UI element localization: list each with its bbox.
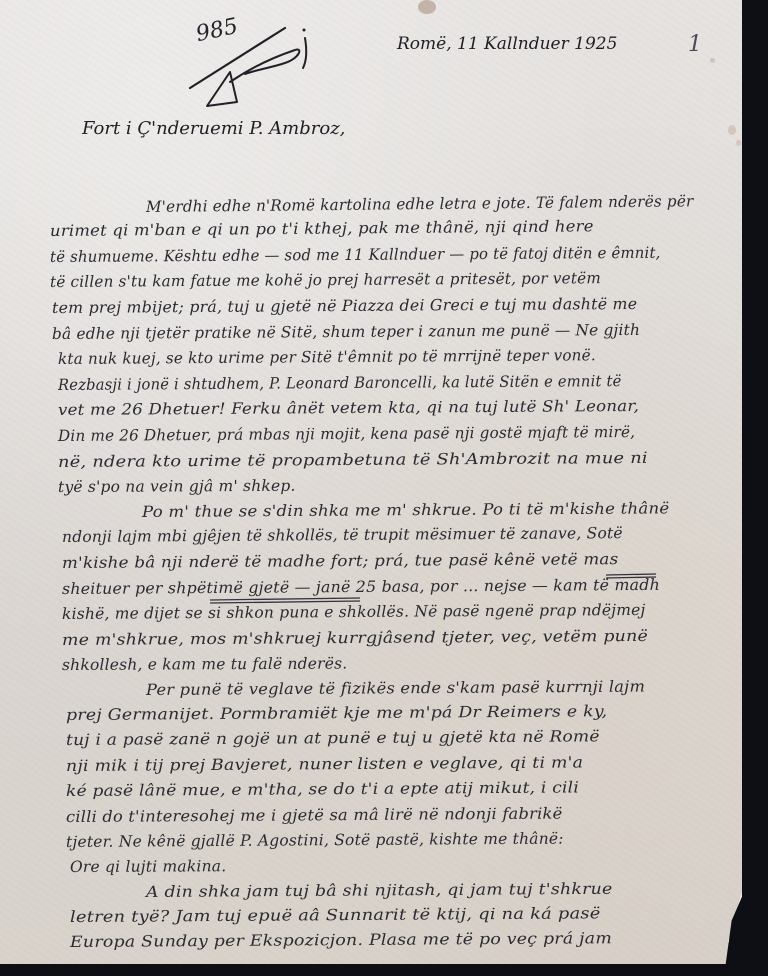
letter-line: M'erdhi edhe n'Romë kartolina edhe letra…: [146, 192, 694, 216]
letter-line-text: m'kishe bâ nji nderë të madhe fort; prá,…: [62, 550, 619, 572]
paper-stain: [728, 125, 736, 135]
paper-stain: [710, 58, 715, 63]
paper-stain: [418, 0, 436, 14]
letter-line: Europa Sunday per Ekspozicjon. Plasa me …: [70, 929, 612, 951]
paper-curl: [722, 892, 742, 952]
letter-line: vet me 26 Dhetuer! Ferku ânët vetem kta,…: [58, 397, 639, 419]
letter-line: në, ndera kto urime të propambetuna të S…: [58, 449, 648, 471]
letter-line: shkollesh, e kam me tu falë nderës.: [62, 655, 348, 674]
letter-line: m'kishe bâ nji nderë të madhe fort; prá,…: [62, 550, 619, 572]
letter-line: Rezbasji i jonë i shtudhem, P. Leonard B…: [58, 372, 622, 394]
document-frame: 985 Romë, 11 Kallnduer 1925 1 Fort i Ç'n…: [0, 0, 768, 976]
letter-line: ké pasë lânë mue, e m'tha, se do t'i a e…: [66, 778, 579, 800]
letter-line: bâ edhe nji tjetër pratike në Sitë, shum…: [52, 321, 640, 343]
letter-line: tyë s'po na vein gjâ m' shkep.: [58, 477, 296, 496]
letter-line: kta nuk kuej, se kto urime per Sitë t'êm…: [58, 346, 596, 368]
letter-line: prej Germanijet. Pormbramiët kje me m'pá…: [66, 702, 607, 724]
letter-line: Ore qi lujti makina.: [70, 857, 226, 876]
letter-line: Po m' thue se s'din shka me m' shkrue. P…: [142, 499, 670, 521]
page-number: 1: [688, 32, 702, 57]
letter-line-text: sheituer per shpëtimë gjetë — janë 25 ba…: [62, 576, 660, 598]
letter-line: me m'shkrue, mos m'shkruej kurrgjâsend t…: [62, 627, 648, 649]
letter-line: letren tyë? Jam tuj epuë aâ Sunnarit të …: [70, 904, 601, 926]
letter-line: ndonji lajm mbi gjêjen të shkollës, të t…: [62, 524, 623, 546]
letter-line: të cillen s'tu kam fatue me kohë jo prej…: [50, 269, 601, 291]
salutation: Fort i Ç'nderuemi P. Ambroz,: [82, 118, 345, 139]
letter-line: urimet qi m'ban e qi un po t'i kthej, pa…: [50, 217, 594, 240]
letter-page: 985 Romë, 11 Kallnduer 1925 1 Fort i Ç'n…: [0, 0, 742, 964]
letter-line: tuj i a pasë zanë n gojë un at punë e tu…: [66, 727, 600, 749]
letter-line: kishë, me dijet se si shkon puna e shkol…: [62, 601, 646, 623]
letter-line: Per punë të veglave të fizikës ende s'ka…: [146, 678, 645, 699]
letter-line: cilli do t'interesohej me i gjetë sa mâ …: [66, 805, 563, 826]
letter-line: tjeter. Ne kênë gjallë P. Agostini, Sotë…: [66, 830, 564, 851]
letter-line: nji mik i tij prej Bavjeret, nuner liste…: [66, 753, 583, 775]
letter-line: A din shka jam tuj bâ shi njitash, qi ja…: [146, 880, 613, 901]
letter-line: të shumueme. Kështu edhe — sod me 11 Kal…: [50, 244, 661, 266]
place-date: Romë, 11 Kallnduer 1925: [397, 34, 617, 54]
letter-line: sheituer per shpëtimë gjetë — janë 25 ba…: [62, 576, 660, 598]
letter-line: Din me 26 Dhetuer, prá mbas nji mojit, k…: [58, 423, 635, 445]
paper-stain: [736, 140, 741, 146]
letter-line: tem prej mbijet; prá, tuj u gjetë në Pia…: [52, 295, 637, 317]
